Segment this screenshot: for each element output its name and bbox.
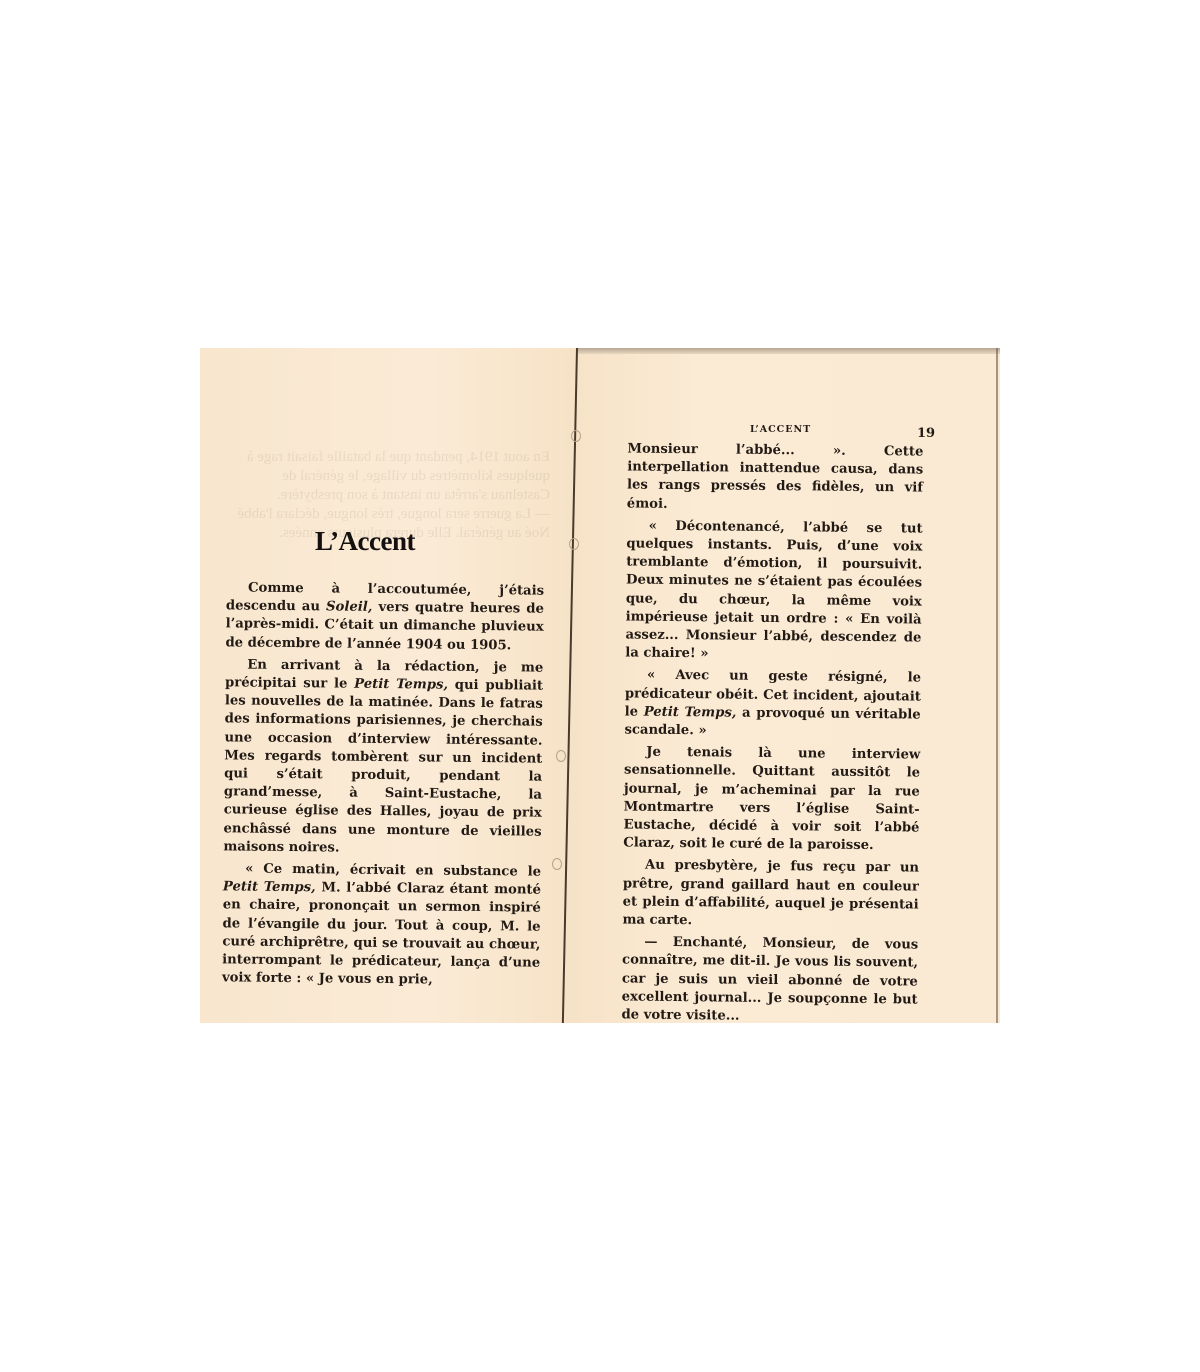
binding-stitch [556, 750, 566, 762]
italic-title: Petit Temps, [354, 677, 448, 693]
paragraph: Comme à l’accoutumée, j’étais descendu a… [225, 579, 544, 655]
paragraph: « Avec un geste résigné, le prédicateur … [624, 667, 921, 743]
left-page-body: Comme à l’accoutumée, j’étais descendu a… [222, 579, 544, 995]
paragraph: En arrivant à la rédaction, je me précip… [223, 656, 543, 860]
italic-title: Petit Temps, [644, 704, 737, 720]
paragraph: Je tenais là une interview sensationnell… [623, 744, 920, 856]
book-spread: En aout 1914, pendant que la bataille fa… [200, 348, 1000, 1023]
paragraph: Au presbytère, je fus reçu par un prêtre… [622, 857, 919, 933]
right-page-body: Monsieur l’abbé... ». Cette interpellati… [621, 440, 924, 1023]
page-number: 19 [917, 426, 935, 441]
binding-stitch [571, 430, 581, 442]
paragraph: « Ce matin, écrivait en substance le Pet… [222, 860, 541, 991]
left-page: En aout 1914, pendant que la bataille fa… [200, 348, 578, 1023]
paragraph: « Décontenancé, l’abbé se tut quelques i… [625, 517, 923, 666]
chapter-title: L’Accent [200, 526, 530, 557]
running-head: L’ACCENT [750, 424, 811, 435]
page-right-edge [996, 348, 998, 1023]
binding-stitch [569, 538, 579, 550]
italic-title: Soleil, [326, 600, 372, 615]
italic-title: Petit Temps, [223, 880, 316, 896]
binding-stitch [552, 858, 562, 870]
page-top-edge [578, 348, 1000, 354]
paragraph: Monsieur l’abbé... ». Cette interpellati… [627, 440, 924, 516]
paragraph: — Enchanté, Monsieur, de vous connaître,… [621, 934, 918, 1023]
